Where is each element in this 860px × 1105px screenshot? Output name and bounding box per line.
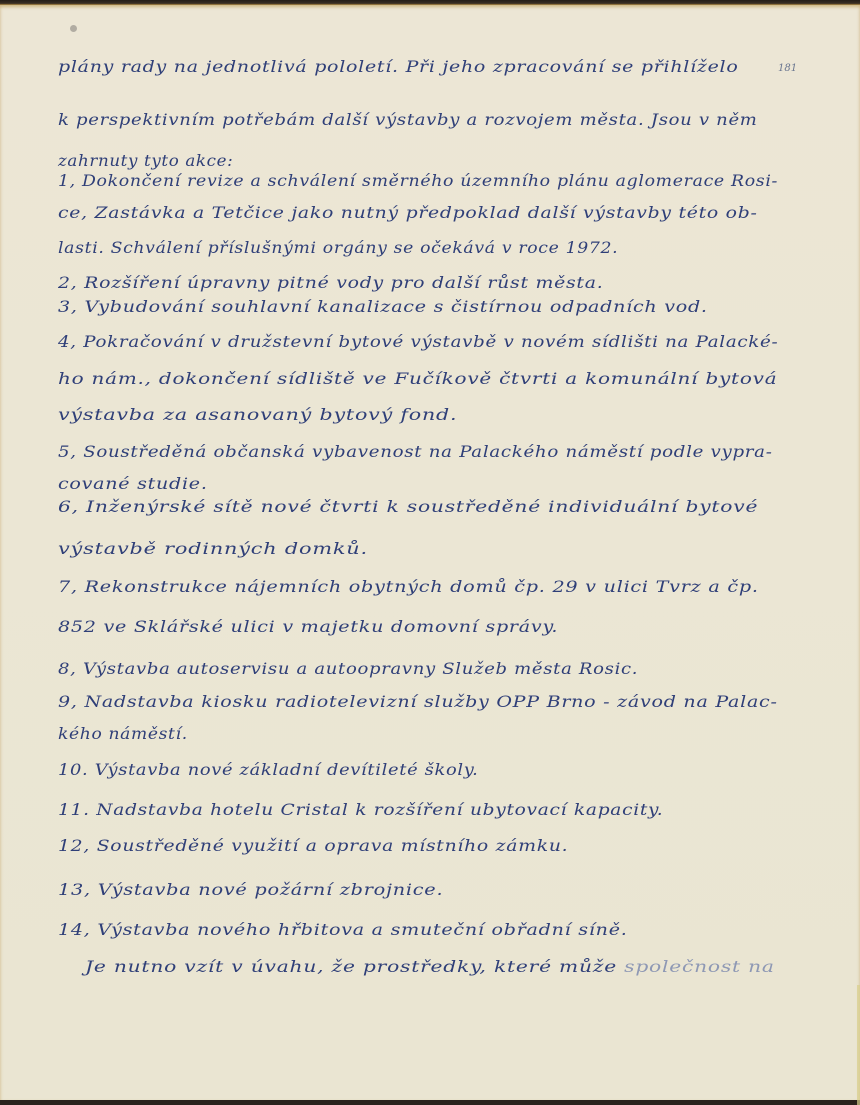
handwritten-line: zahrnuty tyto akce: bbox=[58, 152, 233, 170]
page-number: 181 bbox=[778, 63, 797, 74]
handwritten-line: ho nám., dokončení sídliště ve Fučíkově … bbox=[58, 370, 777, 388]
handwritten-line: 5, Soustředěná občanská vybavenost na Pa… bbox=[58, 443, 773, 461]
handwritten-line: 10. Výstavba nové základní devítileté šk… bbox=[58, 761, 478, 779]
line-text: kého náměstí. bbox=[58, 725, 188, 743]
handwritten-line: lasti. Schválení příslušnými orgány se o… bbox=[58, 239, 618, 257]
handwritten-line: 7, Rekonstrukce nájemních obytných domů … bbox=[58, 578, 759, 596]
handwritten-line: 14, Výstavba nového hřbitova a smuteční … bbox=[58, 921, 628, 939]
line-text: ce, Zastávka a Tetčice jako nutný předpo… bbox=[58, 204, 758, 222]
faded-line-text: společnost na bbox=[617, 958, 775, 976]
line-text: výstavbě rodinných domků. bbox=[58, 540, 368, 558]
handwritten-line: k perspektivním potřebám další výstavby … bbox=[58, 111, 758, 129]
handwritten-line: kého náměstí. bbox=[58, 725, 188, 743]
line-text: zahrnuty tyto akce: bbox=[58, 152, 233, 170]
line-text: 11. Nadstavba hotelu Cristal k rozšíření… bbox=[58, 801, 663, 819]
line-text: 10. Výstavba nové základní devítileté šk… bbox=[58, 761, 478, 779]
handwritten-line: 6, Inženýrské sítě nové čtvrti k soustře… bbox=[58, 498, 758, 516]
handwritten-line: výstavbě rodinných domků. bbox=[58, 540, 368, 558]
handwritten-line: Je nutno vzít v úvahu, že prostředky, kt… bbox=[85, 958, 775, 976]
handwritten-line: 852 ve Sklářské ulici v majetku domovní … bbox=[58, 618, 558, 636]
line-text: 852 ve Sklářské ulici v majetku domovní … bbox=[58, 618, 558, 636]
line-text: lasti. Schválení příslušnými orgány se o… bbox=[58, 239, 618, 257]
paper-spot bbox=[70, 25, 77, 32]
line-text: 12, Soustředěné využití a oprava místníh… bbox=[58, 837, 568, 855]
handwritten-line: 4, Pokračování v družstevní bytové výsta… bbox=[58, 333, 778, 351]
line-text: cované studie. bbox=[58, 475, 208, 493]
line-text: 3, Vybudování souhlavní kanalizace s čis… bbox=[58, 298, 708, 316]
line-text: 9, Nadstavba kiosku radiotelevizní služb… bbox=[58, 693, 778, 711]
handwritten-line: ce, Zastávka a Tetčice jako nutný předpo… bbox=[58, 204, 758, 222]
handwritten-line: 2, Rozšíření úpravny pitné vody pro dalš… bbox=[58, 274, 603, 292]
handwritten-line: 12, Soustředěné využití a oprava místníh… bbox=[58, 837, 568, 855]
line-text: 1, Dokončení revize a schválení směrného… bbox=[58, 172, 778, 190]
handwritten-line: 11. Nadstavba hotelu Cristal k rozšíření… bbox=[58, 801, 663, 819]
line-text: plány rady na jednotlivá pololetí. Při j… bbox=[58, 58, 739, 76]
line-text: 7, Rekonstrukce nájemních obytných domů … bbox=[58, 578, 759, 596]
handwritten-line: 13, Výstavba nové požární zbrojnice. bbox=[58, 881, 443, 899]
handwritten-line: cované studie. bbox=[58, 475, 208, 493]
line-text: ho nám., dokončení sídliště ve Fučíkově … bbox=[58, 370, 777, 388]
handwritten-line: výstavba za asanovaný bytový fond. bbox=[58, 406, 457, 424]
line-text: 14, Výstavba nového hřbitova a smuteční … bbox=[58, 921, 628, 939]
handwritten-page: 181 plány rady na jednotlivá pololetí. P… bbox=[0, 5, 860, 1100]
handwritten-line: 1, Dokončení revize a schválení směrného… bbox=[58, 172, 778, 190]
line-text: 8, Výstavba autoservisu a autoopravny Sl… bbox=[58, 660, 638, 678]
line-text: Je nutno vzít v úvahu, že prostředky, kt… bbox=[85, 958, 617, 976]
line-text: k perspektivním potřebám další výstavby … bbox=[58, 111, 758, 129]
handwritten-line: 3, Vybudování souhlavní kanalizace s čis… bbox=[58, 298, 708, 316]
handwritten-line: 9, Nadstavba kiosku radiotelevizní služb… bbox=[58, 693, 778, 711]
line-text: 6, Inženýrské sítě nové čtvrti k soustře… bbox=[58, 498, 758, 516]
line-text: 5, Soustředěná občanská vybavenost na Pa… bbox=[58, 443, 773, 461]
line-text: 4, Pokračování v družstevní bytové výsta… bbox=[58, 333, 778, 351]
line-text: 13, Výstavba nové požární zbrojnice. bbox=[58, 881, 443, 899]
line-text: výstavba za asanovaný bytový fond. bbox=[58, 406, 457, 424]
line-text: 2, Rozšíření úpravny pitné vody pro dalš… bbox=[58, 274, 603, 292]
handwritten-line: 8, Výstavba autoservisu a autoopravny Sl… bbox=[58, 660, 638, 678]
handwritten-line: plány rady na jednotlivá pololetí. Při j… bbox=[58, 58, 739, 76]
